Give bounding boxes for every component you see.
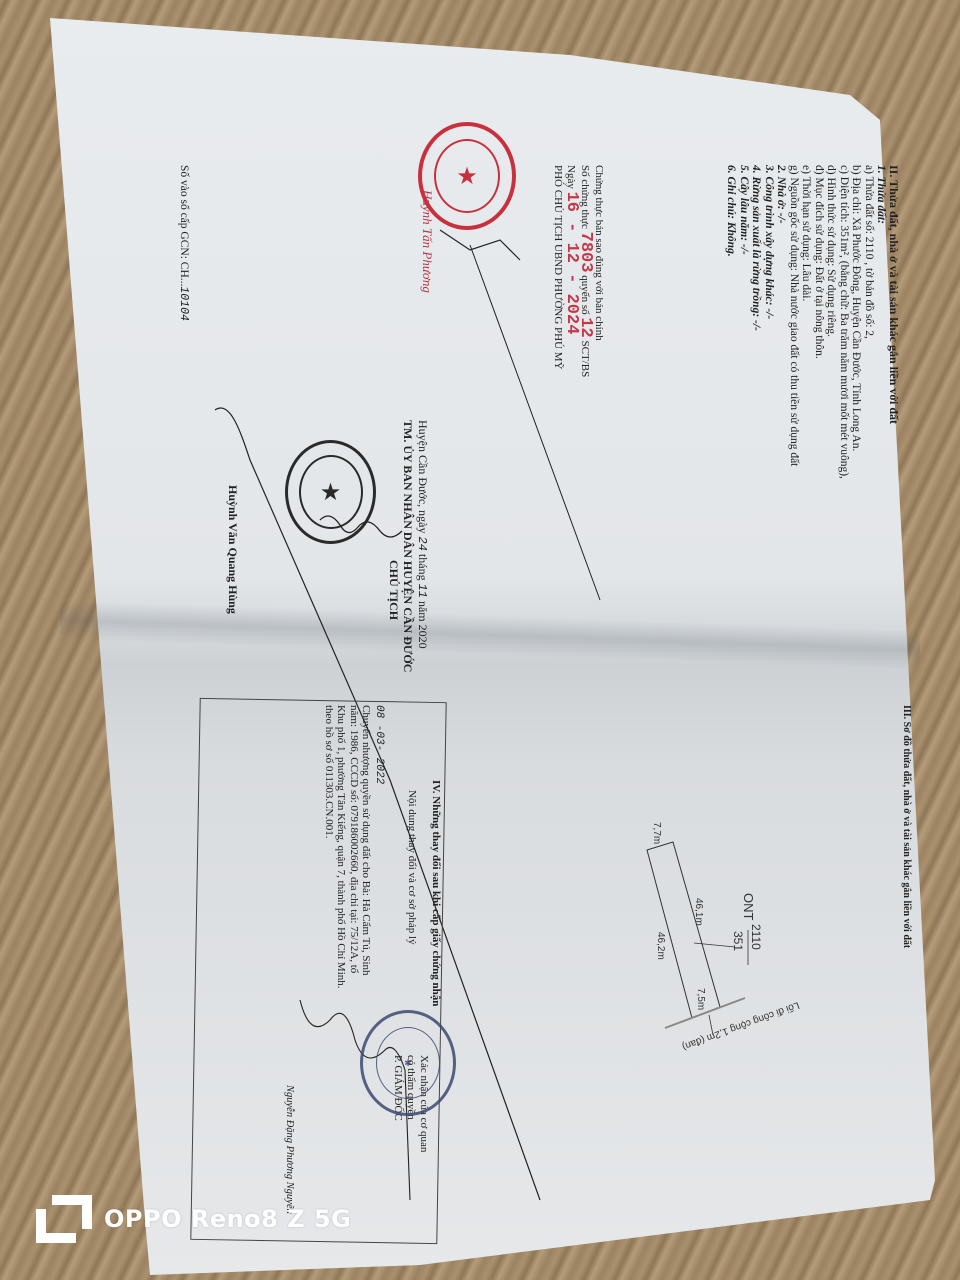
entry-date: 08 -03- 2022: [373, 705, 386, 989]
edge-label-top: 7,7m: [651, 822, 662, 844]
land-office-stamp: ✱: [360, 1010, 456, 1116]
change-entry: 08 -03- 2022 Chuyển nhượng quyền sử dụng…: [323, 705, 386, 989]
land-type-label: ONT: [741, 893, 756, 921]
edge-label-right: 46,1m: [693, 898, 704, 926]
office-seal-icon: ✱: [376, 1027, 440, 1099]
parcel-number-label: 2110: [749, 924, 763, 950]
certificate-page: II. Thửa đất, nhà ở và tài sản khác gắn …: [0, 0, 960, 1280]
edge-label-left: 46,2m: [655, 932, 666, 960]
entry-line: Khu phố 1, phường Tân Kiểng, quận 7, thà…: [335, 705, 348, 989]
parcel-diagram: ONT 2110 351 7,7m 46,1m 46,2m 7,5m Lối đ…: [620, 790, 920, 1090]
entry-line: năm: 1986, CCCD số: 079186002660, địa ch…: [348, 705, 361, 989]
parcel-area-label: 351: [731, 931, 745, 951]
entry-line: Chuyển nhượng quyền sử dụng đất cho Bà: …: [360, 705, 373, 989]
entry-line: theo hồ sơ số 011303.CN.001.: [323, 705, 336, 989]
col-content-header: Nội dung thay đổi và cơ sở pháp lý: [406, 790, 418, 945]
watermark-text: OPPO Reno8 Z 5G: [104, 1205, 351, 1233]
section4-heading: IV. Những thay đổi sau khi cấp giấy chứn…: [430, 780, 442, 1006]
edge-label-bottom: 7,5m: [695, 988, 706, 1010]
camera-frame-icon: [36, 1195, 92, 1243]
camera-watermark: OPPO Reno8 Z 5G: [36, 1195, 351, 1243]
